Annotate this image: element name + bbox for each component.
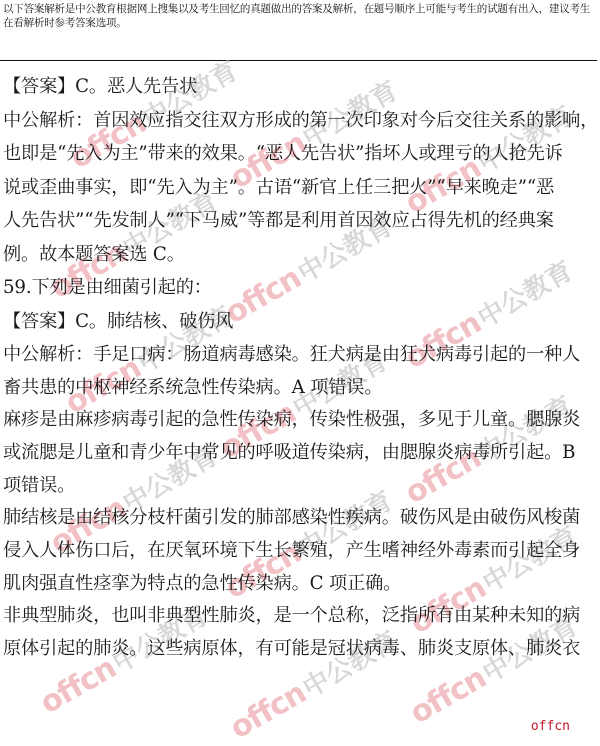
- analysis-line: 人先告状”“先发制人”“下马威”等都是利用首因效应占得先机的经典案: [3, 204, 597, 238]
- watermark-latin: offcn: [224, 675, 312, 746]
- analysis-line: 或流腮是儿童和青少年中常见的呼吸道传染病，由腮腺炎病毒所引起。B: [3, 436, 597, 470]
- analysis-line: 中公解析：手足口病：肠道病毒感染。狂犬病是由狂犬病毒引起的一种人: [3, 338, 597, 372]
- analysis-line: 例。故本题答案选 C。: [3, 238, 597, 272]
- question-text: 59.下列是由细菌引起的：: [3, 271, 597, 305]
- analysis-line: 说或歪曲事实，即“先入为主”。古语“新官上任三把火”“早来晚走”“恶: [3, 171, 597, 205]
- answer-line: 【答案】C。肺结核、破伤风: [3, 305, 597, 339]
- analysis-line: 也即是“先入为主”带来的效果。“恶人先告状”指坏人或理亏的人抢先诉: [3, 137, 597, 171]
- answer-line: 【答案】C。恶人先告状: [3, 70, 597, 104]
- analysis-line: 肺结核是由结核分枝杆菌引发的肺部感染性疾病。破伤风是由破伤风梭菌: [3, 501, 597, 535]
- offcn-logo: offcn: [531, 719, 570, 734]
- watermark-latin: offcn: [404, 660, 492, 731]
- analysis-line: 原体引起的肺炎。这些病原体，有可能是冠状病毒、肺炎支原体、肺炎衣: [3, 632, 597, 666]
- analysis-line: 中公解析：首因效应指交往双方形成的第一次印象对今后交往关系的影响，: [3, 104, 597, 138]
- question-58-answer-section: 【答案】C。恶人先告状 中公解析：首因效应指交往双方形成的第一次印象对今后交往关…: [3, 70, 597, 271]
- document-body: 【答案】C。恶人先告状 中公解析：首因效应指交往双方形成的第一次印象对今后交往关…: [3, 70, 597, 666]
- disclaimer-notice: 以下答案解析是中公教育根据网上搜集以及考生回忆的真题做出的答案及解析，在题号顺序…: [3, 2, 597, 30]
- question-59-section: 59.下列是由细菌引起的： 【答案】C。肺结核、破伤风 中公解析：手足口病：肠道…: [3, 271, 597, 666]
- analysis-line: 侵入人体伤口后，在厌氧环境下生长繁殖，产生嗜神经外毒素而引起全身: [3, 534, 597, 568]
- analysis-line: 畜共患的中枢神经系统急性传染病。A 项错误。: [3, 372, 597, 403]
- analysis-line: 非典型肺炎，也叫非典型性肺炎，是一个总称，泛指所有由某种未知的病: [3, 599, 597, 633]
- header-divider: [0, 60, 597, 61]
- analysis-line: 麻疹是由麻疹病毒引起的急性传染病，传染性极强，多见于儿童。腮腺炎: [3, 403, 597, 437]
- analysis-line: 肌肉强直性痉挛为特点的急性传染病。C 项正确。: [3, 568, 597, 599]
- analysis-line: 项错误。: [3, 470, 597, 501]
